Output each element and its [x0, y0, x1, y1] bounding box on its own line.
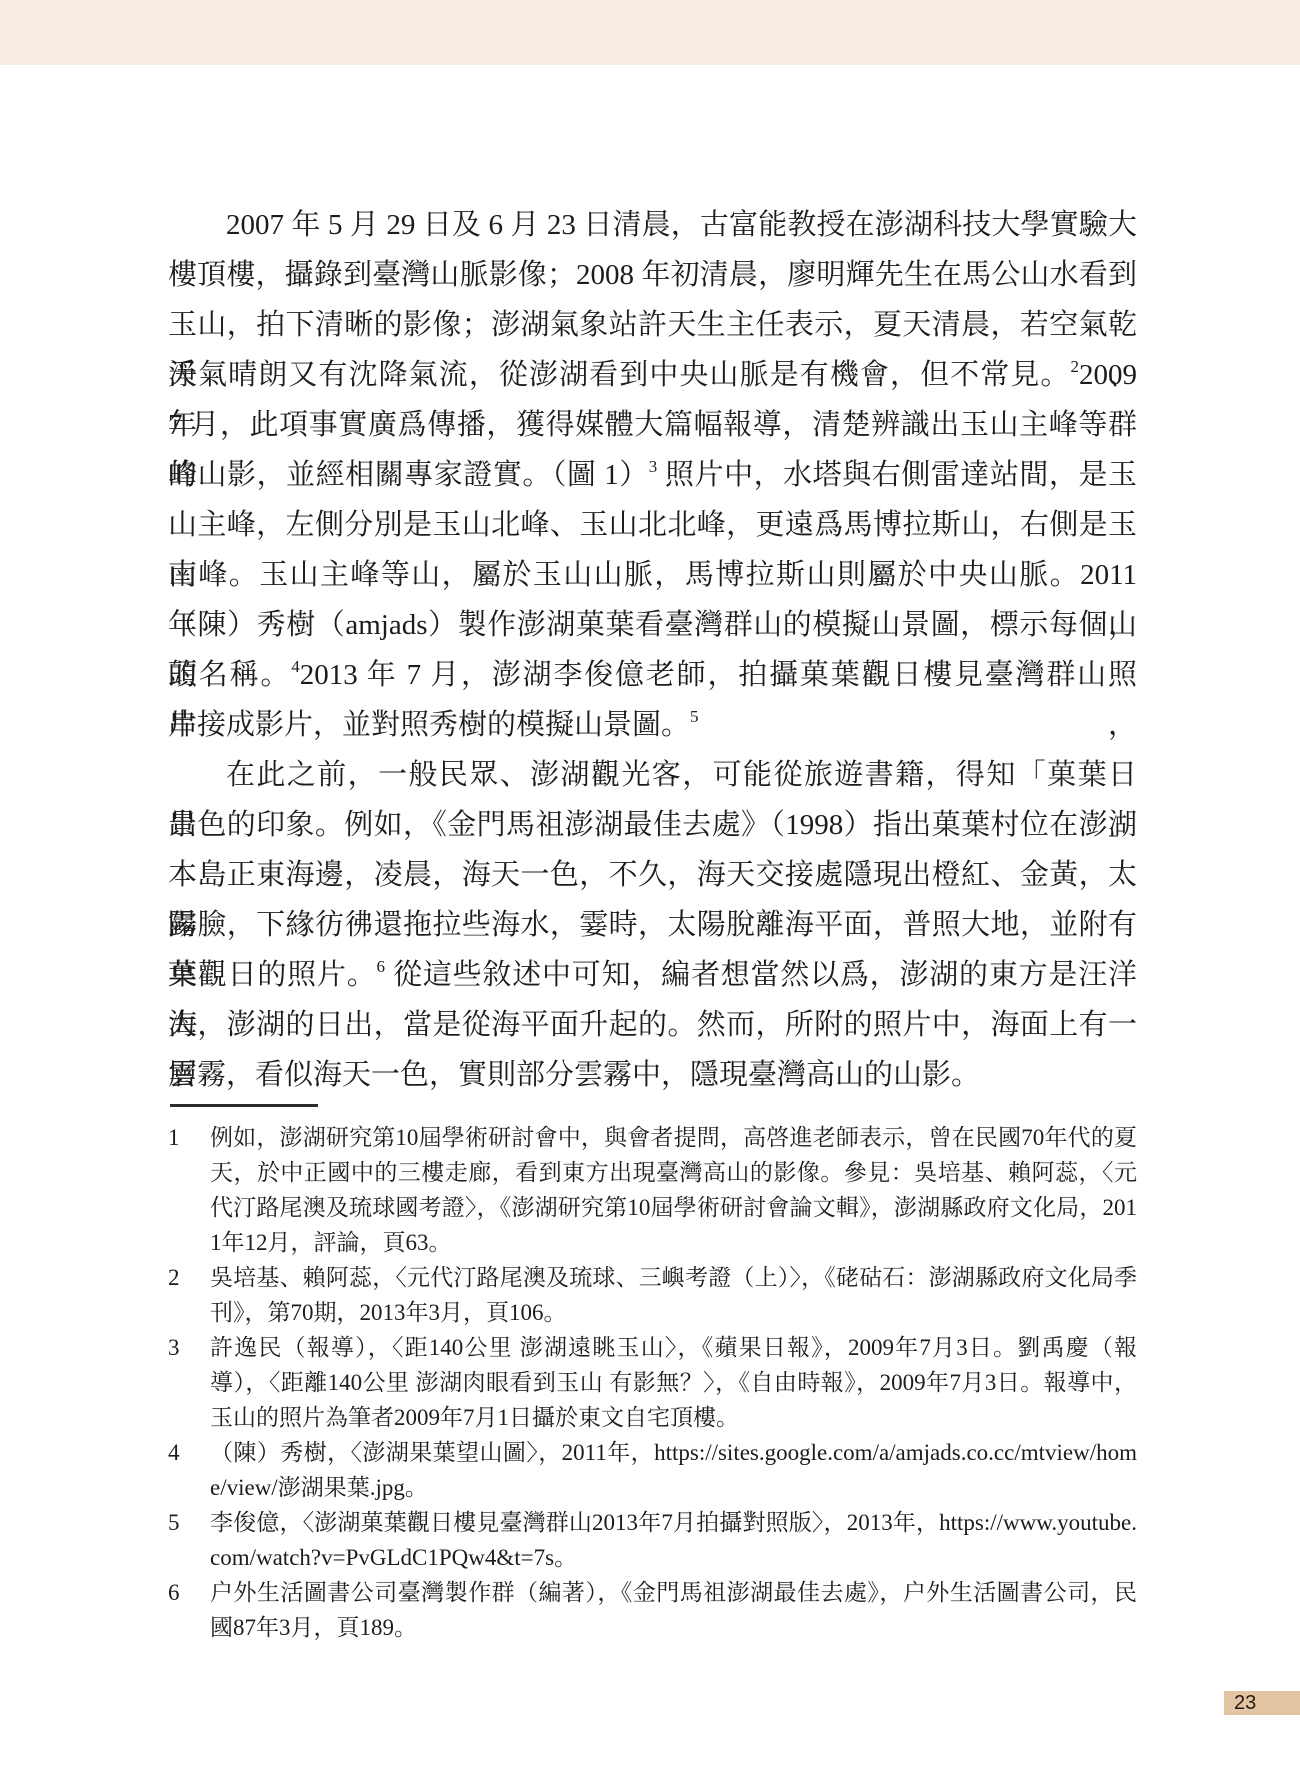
footnote-number: 6	[168, 1575, 210, 1645]
page-number-badge: 23	[1224, 1691, 1300, 1715]
body-line: 景色的印象。例如，《金門馬祖澎湖最佳去處》（1998）指出菓葉村位在澎湖	[168, 800, 1137, 850]
body-line: 本島正東海邊，凌晨，海天一色，不久，海天交接處隱現出橙紅、金黃，太陽	[168, 850, 1137, 900]
footnote: 5李俊億，〈澎湖菓葉觀日樓見臺灣群山2013年7月拍攝對照版〉，2013年，ht…	[168, 1505, 1137, 1575]
footnote-number: 5	[168, 1505, 210, 1575]
body-text: 2007 年 5 月 29 日及 6 月 23 日清晨，古富能教授在澎湖科技大學…	[168, 200, 1137, 1100]
body-line: 在此之前，一般民眾、澎湖觀光客，可能從旅遊書籍，得知「菓葉日出」	[168, 750, 1137, 800]
body-line-text: 的山影，並經相關專家證實。（圖 1）	[168, 459, 649, 491]
body-line: 雲霧，看似海天一色，實則部分雲霧中，隱現臺灣高山的山影。	[168, 1050, 1137, 1100]
footnotes: 1例如，澎湖研究第10屆學術研討會中，與會者提問，高啓進老師表示，曾在民國70年…	[168, 1120, 1137, 1645]
footnote-text: （陳）秀樹，〈澎湖果葉望山圖〉，2011年，https://sites.goog…	[210, 1435, 1137, 1505]
page-number: 23	[1234, 1692, 1256, 1714]
footnote-text: 李俊億，〈澎湖菓葉觀日樓見臺灣群山2013年7月拍攝對照版〉，2013年，htt…	[210, 1505, 1137, 1575]
body-line: （陳）秀樹（amjads）製作澎湖菓葉看臺灣群山的模擬山景圖，標示每個山頭	[168, 600, 1137, 650]
body-line: 樓頂樓，攝錄到臺灣山脈影像；2008 年初清晨，廖明輝先生在馬公山水看到	[168, 250, 1137, 300]
body-line-text: 的名稱。	[168, 659, 291, 691]
footnote-separator	[170, 1104, 318, 1107]
footnote: 6户外生活圖書公司臺灣製作群（編著），《金門馬祖澎湖最佳去處》，户外生活圖書公司…	[168, 1575, 1137, 1645]
footnote: 4（陳）秀樹，〈澎湖果葉望山圖〉，2011年，https://sites.goo…	[168, 1435, 1137, 1505]
body-line: 2007 年 5 月 29 日及 6 月 23 日清晨，古富能教授在澎湖科技大學…	[168, 200, 1137, 250]
footnote-number: 2	[168, 1260, 210, 1330]
top-margin-band	[0, 0, 1300, 65]
body-line-text: 2007 年 5 月 29 日及 6 月 23 日清晨，古富能教授在澎湖科技大學…	[226, 209, 1137, 241]
footnote-text: 吳培基、賴阿蕊，〈元代汀路尾澳及琉球、三嶼考證（上）〉，《硓𥑮石：澎湖縣政府文化…	[210, 1260, 1137, 1330]
body-line-text: 景色的印象。例如，《金門馬祖澎湖最佳去處》（1998）指出菓葉村位在澎湖	[168, 809, 1137, 841]
footnote-marker: 5	[690, 707, 699, 726]
body-line: 山主峰，左側分別是玉山北峰、玉山北北峰，更遠爲馬博拉斯山，右側是玉山	[168, 500, 1137, 550]
body-line: 海，澎湖的日出，當是從海平面升起的。然而，所附的照片中，海面上有一層	[168, 1000, 1137, 1050]
footnote: 1例如，澎湖研究第10屆學術研討會中，與會者提問，高啓進老師表示，曾在民國70年…	[168, 1120, 1137, 1260]
footnote-marker: 6	[377, 957, 386, 976]
body-line: 的山影，並經相關專家證實。（圖 1）3 照片中，水塔與右側雷達站間，是玉	[168, 450, 1137, 500]
footnote-marker: 3	[649, 457, 658, 476]
body-line: 玉山，拍下清晰的影像；澎湖氣象站許天生主任表示，夏天清晨，若空氣乾淨、	[168, 300, 1137, 350]
body-line: 的名稱。42013 年 7 月，澎湖李俊億老師，拍攝菓葉觀日樓見臺灣群山照片，	[168, 650, 1137, 700]
footnote-text: 許逸民（報導），〈距140公里 澎湖遠眺玉山〉，《蘋果日報》，2009年7月3日…	[210, 1330, 1137, 1435]
body-line-text: 照片中，水塔與右側雷達站間，是玉	[657, 459, 1137, 491]
footnote-number: 1	[168, 1120, 210, 1260]
body-line-text: 葉觀日的照片。	[168, 959, 377, 991]
body-line: 露臉，下緣彷彿還拖拉些海水，霎時，太陽脫離海平面，普照大地，並附有菓	[168, 900, 1137, 950]
body-line-text: 天氣晴朗又有沈降氣流，從澎湖看到中央山脈是有機會，但不常見。	[168, 359, 1071, 391]
body-line: 南峰。玉山主峰等山，屬於玉山山脈，馬博拉斯山則屬於中央山脈。2011 年，	[168, 550, 1137, 600]
footnote-number: 3	[168, 1330, 210, 1435]
footnote: 3許逸民（報導），〈距140公里 澎湖遠眺玉山〉，《蘋果日報》，2009年7月3…	[168, 1330, 1137, 1435]
body-line: 天氣晴朗又有沈降氣流，從澎湖看到中央山脈是有機會，但不常見。22009 年	[168, 350, 1137, 400]
footnote-marker: 4	[291, 657, 300, 676]
body-line-text: 樓頂樓，攝錄到臺灣山脈影像；2008 年初清晨，廖明輝先生在馬公山水看到	[168, 259, 1137, 291]
body-line-text: 串接成影片，並對照秀樹的模擬山景圖。	[168, 709, 690, 741]
body-line: 葉觀日的照片。6 從這些敘述中可知，編者想當然以爲，澎湖的東方是汪洋大	[168, 950, 1137, 1000]
footnote: 2吳培基、賴阿蕊，〈元代汀路尾澳及琉球、三嶼考證（上）〉，《硓𥑮石：澎湖縣政府文…	[168, 1260, 1137, 1330]
footnote-marker: 2	[1071, 357, 1080, 376]
footnote-text: 例如，澎湖研究第10屆學術研討會中，與會者提問，高啓進老師表示，曾在民國70年代…	[210, 1120, 1137, 1260]
body-line-text: 雲霧，看似海天一色，實則部分雲霧中，隱現臺灣高山的山影。	[168, 1059, 980, 1091]
body-line: 7 月，此項事實廣爲傳播，獲得媒體大篇幅報導，清楚辨識出玉山主峰等群峰	[168, 400, 1137, 450]
footnote-text: 户外生活圖書公司臺灣製作群（編著），《金門馬祖澎湖最佳去處》，户外生活圖書公司，…	[210, 1575, 1137, 1645]
footnote-number: 4	[168, 1435, 210, 1505]
